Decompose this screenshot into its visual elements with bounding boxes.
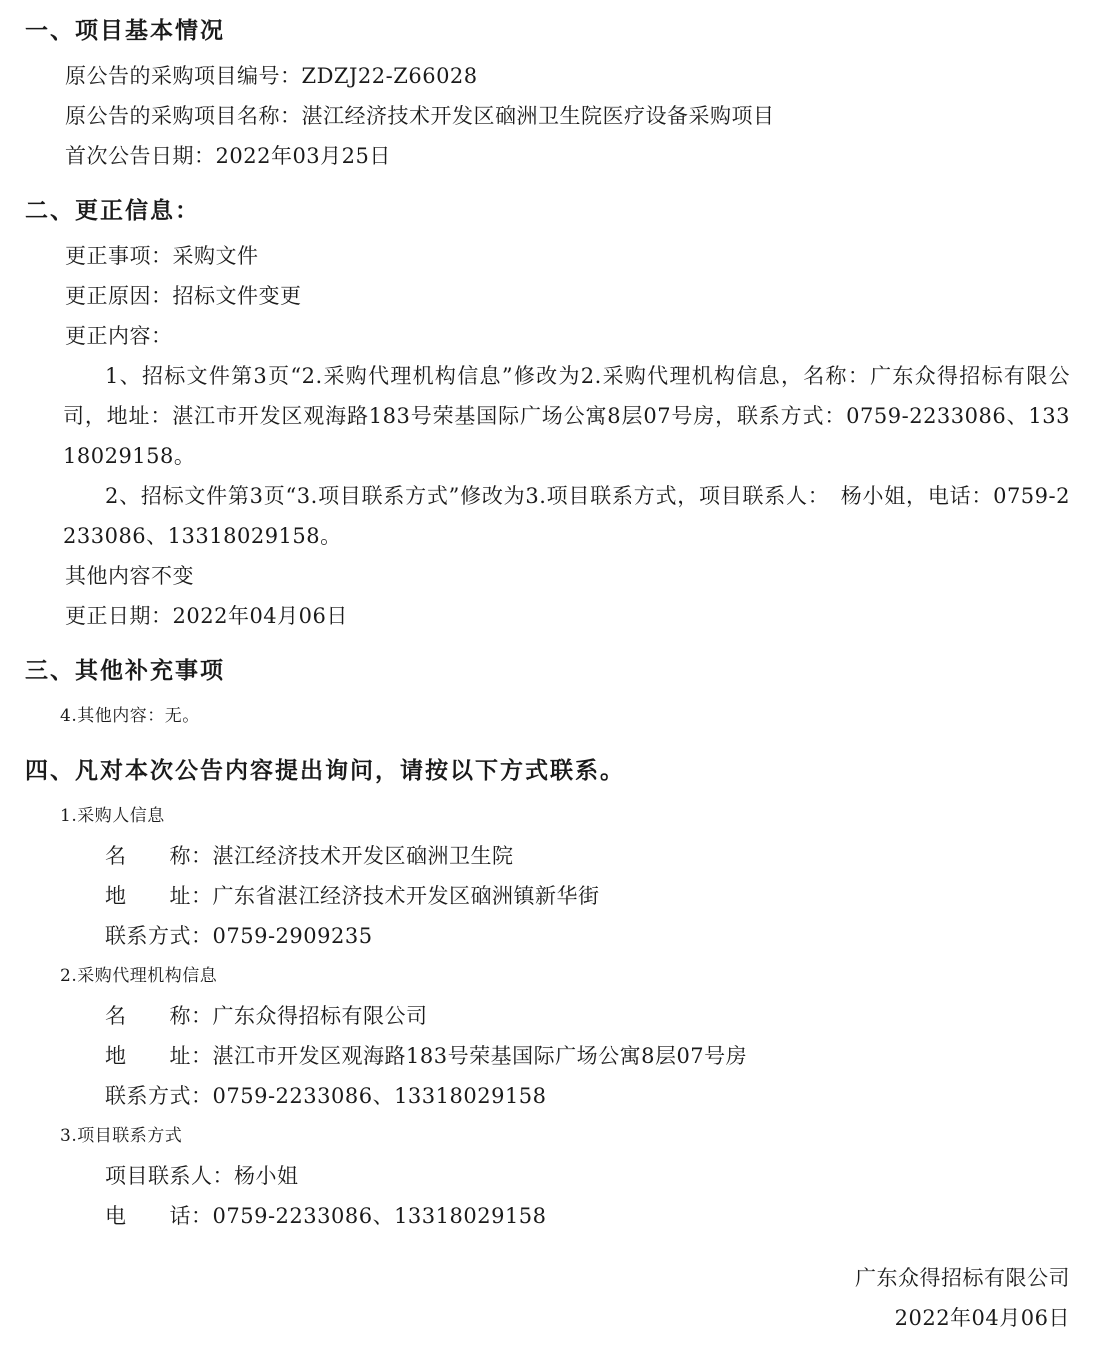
correction-paragraph-2: 2、招标文件第3页“3.项目联系方式”修改为3.项目联系方式，项目联系人： 杨小…	[63, 476, 1070, 556]
purchaser-address: 地 址：广东省湛江经济技术开发区硇洲镇新华街	[105, 876, 1070, 916]
agency-phone: 联系方式：0759-2233086、13318029158	[105, 1076, 1070, 1116]
correction-paragraph-1: 1、招标文件第3页“2.采购代理机构信息”修改为2.采购代理机构信息，名称：广东…	[63, 356, 1070, 476]
section-1-heading: 一、项目基本情况	[25, 16, 1070, 46]
agency-info-block: 2.采购代理机构信息 名 称：广东众得招标有限公司 地 址：湛江市开发区观海路1…	[25, 956, 1070, 1116]
document-page: 一、项目基本情况 原公告的采购项目编号：ZDZJ22-Z66028 原公告的采购…	[0, 0, 1105, 1354]
correction-reason: 更正原因：招标文件变更	[65, 276, 1070, 316]
project-contact-title: 3.项目联系方式	[60, 1116, 1070, 1156]
other-content-note: 4.其他内容：无。	[60, 696, 1070, 736]
purchaser-info-block: 1.采购人信息 名 称：湛江经济技术开发区硇洲卫生院 地 址：广东省湛江经济技术…	[25, 796, 1070, 956]
purchaser-phone: 联系方式：0759-2909235	[105, 916, 1070, 956]
agency-name: 名 称：广东众得招标有限公司	[105, 996, 1070, 1036]
correction-date: 更正日期：2022年04月06日	[65, 596, 1070, 636]
correction-item: 更正事项：采购文件	[65, 236, 1070, 276]
first-announcement-date: 首次公告日期：2022年03月25日	[65, 136, 1070, 176]
project-contact-phone: 电 话：0759-2233086、13318029158	[105, 1196, 1070, 1236]
original-project-number: 原公告的采购项目编号：ZDZJ22-Z66028	[65, 56, 1070, 96]
purchaser-name: 名 称：湛江经济技术开发区硇洲卫生院	[105, 836, 1070, 876]
other-content-unchanged: 其他内容不变	[65, 556, 1070, 596]
footer-company: 广东众得招标有限公司	[25, 1258, 1070, 1298]
section-4-heading: 四、凡对本次公告内容提出询问，请按以下方式联系。	[25, 756, 1070, 786]
project-contact-block: 3.项目联系方式 项目联系人：杨小姐 电 话：0759-2233086、1331…	[25, 1116, 1070, 1236]
original-project-name: 原公告的采购项目名称：湛江经济技术开发区硇洲卫生院医疗设备采购项目	[65, 96, 1070, 136]
purchaser-info-title: 1.采购人信息	[60, 796, 1070, 836]
footer-date: 2022年04月06日	[25, 1298, 1070, 1338]
agency-info-title: 2.采购代理机构信息	[60, 956, 1070, 996]
project-contact-person: 项目联系人：杨小姐	[105, 1156, 1070, 1196]
agency-address: 地 址：湛江市开发区观海路183号荣基国际广场公寓8层07号房	[105, 1036, 1070, 1076]
section-2-heading: 二、更正信息：	[25, 196, 1070, 226]
footer-signature: 广东众得招标有限公司 2022年04月06日	[25, 1258, 1070, 1338]
correction-content-label: 更正内容：	[65, 316, 1070, 356]
section-3-heading: 三、其他补充事项	[25, 656, 1070, 686]
